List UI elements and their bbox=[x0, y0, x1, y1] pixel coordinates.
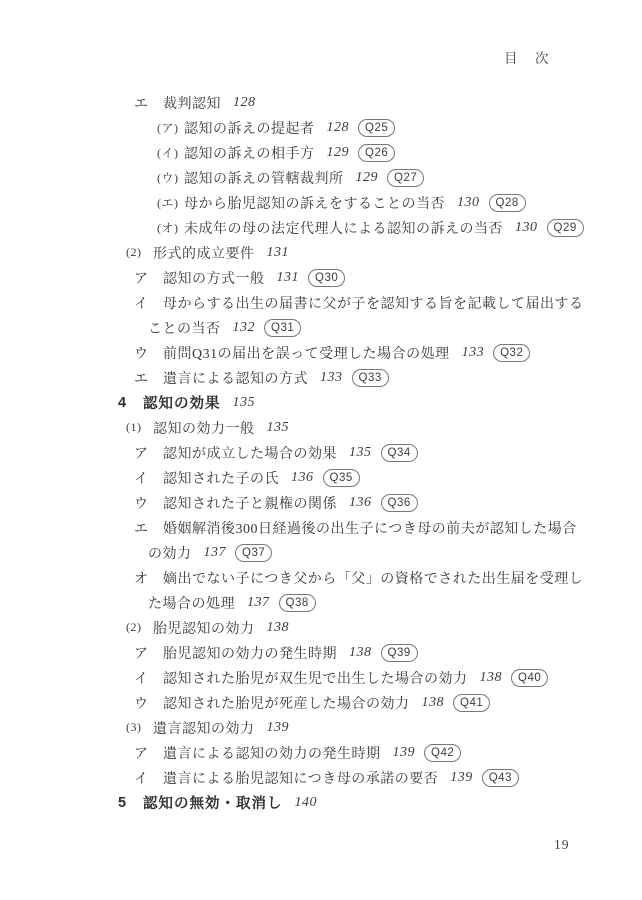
entry-title: 遺言による認知の効力の発生時期 bbox=[163, 743, 381, 763]
entry-page-number: 140 bbox=[295, 795, 318, 811]
entry-marker: 5 bbox=[118, 795, 143, 811]
toc-entry: イ遺言による胎児認知につき母の承諾の要否139Q43 bbox=[0, 765, 642, 790]
entry-page-number: 138 bbox=[480, 670, 503, 686]
entry-title: 胎児認知の効力の発生時期 bbox=[163, 643, 337, 663]
toc-entry: (2)胎児認知の効力138 bbox=[0, 615, 642, 640]
question-badge: Q42 bbox=[424, 744, 461, 762]
toc-entry: (ウ)認知の訴えの管轄裁判所129Q27 bbox=[0, 165, 642, 190]
entry-page-number: 139 bbox=[267, 720, 290, 736]
toc-entry: ウ認知された子と親権の関係136Q36 bbox=[0, 490, 642, 515]
toc-entry-continuation: た場合の処理137Q38 bbox=[0, 590, 642, 615]
entry-page-number: 128 bbox=[327, 120, 350, 136]
entry-marker: 4 bbox=[118, 395, 143, 411]
entry-marker: (ウ) bbox=[157, 169, 184, 186]
toc-entry: (ア)認知の訴えの提起者128Q25 bbox=[0, 115, 642, 140]
question-badge: Q38 bbox=[279, 594, 316, 612]
entry-marker: ウ bbox=[134, 693, 163, 713]
entry-marker: (エ) bbox=[157, 194, 184, 211]
entry-title: 認知が成立した場合の効果 bbox=[163, 443, 337, 463]
entry-page-number: 139 bbox=[450, 770, 473, 786]
entry-page-number: 130 bbox=[457, 195, 480, 211]
toc-entry: イ認知された胎児が双生児で出生した場合の効力138Q40 bbox=[0, 665, 642, 690]
toc-entry: (3)遺言認知の効力139 bbox=[0, 715, 642, 740]
book-page: 目 次 エ裁判認知128(ア)認知の訴えの提起者128Q25(イ)認知の訴えの相… bbox=[0, 0, 642, 900]
entry-marker: (3) bbox=[126, 720, 153, 735]
entry-marker: (イ) bbox=[157, 144, 184, 161]
entry-page-number: 131 bbox=[267, 245, 290, 261]
entry-title: 遺言による胎児認知につき母の承諾の要否 bbox=[163, 768, 438, 788]
question-badge: Q32 bbox=[493, 344, 530, 362]
toc-entry: オ嫡出でない子につき父から「父」の資格でされた出生届を受理し bbox=[0, 565, 642, 590]
entry-title: 遺言による認知の方式 bbox=[163, 368, 308, 388]
toc-heading: 5認知の無効・取消し140 bbox=[0, 790, 642, 815]
entry-page-number: 130 bbox=[515, 220, 538, 236]
question-badge: Q41 bbox=[453, 694, 490, 712]
entry-marker: イ bbox=[134, 768, 163, 788]
entry-marker: (オ) bbox=[157, 219, 184, 236]
entry-title: 認知された子と親権の関係 bbox=[163, 493, 337, 513]
entry-page-number: 129 bbox=[327, 145, 350, 161]
entry-marker: ウ bbox=[134, 493, 163, 513]
entry-page-number: 138 bbox=[267, 620, 290, 636]
toc-entry: (イ)認知の訴えの相手方129Q26 bbox=[0, 140, 642, 165]
toc-entry: イ母からする出生の届書に父が子を認知する旨を記載して届出する bbox=[0, 290, 642, 315]
toc-entry: (1)認知の効力一般135 bbox=[0, 415, 642, 440]
question-badge: Q29 bbox=[547, 219, 584, 237]
entry-marker: ウ bbox=[134, 343, 163, 363]
entry-title: 認知の訴えの管轄裁判所 bbox=[184, 168, 344, 188]
toc-entry: (オ)未成年の母の法定代理人による認知の訴えの当否130Q29 bbox=[0, 215, 642, 240]
entry-marker: イ bbox=[134, 293, 163, 313]
entry-marker: ア bbox=[134, 643, 163, 663]
toc-entry: ア遺言による認知の効力の発生時期139Q42 bbox=[0, 740, 642, 765]
entry-title: 形式的成立要件 bbox=[153, 243, 255, 263]
toc-entry: ア認知が成立した場合の効果135Q34 bbox=[0, 440, 642, 465]
toc-entry-continuation: の効力137Q37 bbox=[0, 540, 642, 565]
entry-marker: エ bbox=[134, 368, 163, 388]
entry-marker: エ bbox=[134, 518, 163, 538]
question-badge: Q40 bbox=[511, 669, 548, 687]
entry-title: 嫡出でない子につき父から「父」の資格でされた出生届を受理し bbox=[163, 568, 583, 588]
question-badge: Q31 bbox=[264, 319, 301, 337]
question-badge: Q33 bbox=[352, 369, 389, 387]
entry-title: 母からする出生の届書に父が子を認知する旨を記載して届出する bbox=[163, 293, 584, 313]
entry-page-number: 131 bbox=[277, 270, 300, 286]
entry-marker: オ bbox=[134, 568, 163, 588]
entry-title: ことの当否 bbox=[148, 318, 221, 338]
entry-marker: (2) bbox=[126, 620, 153, 635]
entry-page-number: 136 bbox=[349, 495, 372, 511]
entry-title: 未成年の母の法定代理人による認知の訴えの当否 bbox=[184, 218, 503, 238]
toc-entry: ウ前問Q31の届出を誤って受理した場合の処理133Q32 bbox=[0, 340, 642, 365]
entry-title: 前問Q31の届出を誤って受理した場合の処理 bbox=[163, 343, 450, 363]
entry-page-number: 138 bbox=[349, 645, 372, 661]
question-badge: Q28 bbox=[489, 194, 526, 212]
toc-entry: エ遺言による認知の方式133Q33 bbox=[0, 365, 642, 390]
toc-entry: エ婚姻解消後300日経過後の出生子につき母の前夫が認知した場合 bbox=[0, 515, 642, 540]
entry-page-number: 135 bbox=[233, 395, 256, 411]
entry-title: 認知の訴えの相手方 bbox=[184, 143, 315, 163]
entry-page-number: 135 bbox=[349, 445, 372, 461]
entry-title: 婚姻解消後300日経過後の出生子につき母の前夫が認知した場合 bbox=[163, 518, 577, 538]
entry-marker: (2) bbox=[126, 245, 153, 260]
toc-heading: 4認知の効果135 bbox=[0, 390, 642, 415]
entry-title: 裁判認知 bbox=[163, 93, 221, 113]
entry-page-number: 139 bbox=[393, 745, 416, 761]
entry-title: 母から胎児認知の訴えをすることの当否 bbox=[184, 193, 445, 213]
question-badge: Q27 bbox=[387, 169, 424, 187]
entry-page-number: 132 bbox=[233, 320, 256, 336]
entry-title: 認知された子の氏 bbox=[163, 468, 279, 488]
toc-entry: (エ)母から胎児認知の訴えをすることの当否130Q28 bbox=[0, 190, 642, 215]
entry-title: 認知された胎児が双生児で出生した場合の効力 bbox=[163, 668, 468, 688]
entry-page-number: 137 bbox=[247, 595, 270, 611]
entry-marker: ア bbox=[134, 443, 163, 463]
entry-title: 認知された胎児が死産した場合の効力 bbox=[163, 693, 410, 713]
toc-entry: ウ認知された胎児が死産した場合の効力138Q41 bbox=[0, 690, 642, 715]
entry-marker: イ bbox=[134, 668, 163, 688]
toc-entry: (2)形式的成立要件131 bbox=[0, 240, 642, 265]
folio-page-number: 19 bbox=[554, 837, 570, 853]
question-badge: Q36 bbox=[381, 494, 418, 512]
toc-list: エ裁判認知128(ア)認知の訴えの提起者128Q25(イ)認知の訴えの相手方12… bbox=[0, 90, 642, 815]
entry-marker: (ア) bbox=[157, 119, 184, 136]
entry-marker: イ bbox=[134, 468, 163, 488]
entry-title: 認知の効果 bbox=[143, 392, 221, 413]
toc-entry: ア胎児認知の効力の発生時期138Q39 bbox=[0, 640, 642, 665]
entry-marker: (1) bbox=[126, 420, 153, 435]
entry-page-number: 129 bbox=[356, 170, 379, 186]
toc-entry: エ裁判認知128 bbox=[0, 90, 642, 115]
question-badge: Q37 bbox=[235, 544, 272, 562]
question-badge: Q30 bbox=[308, 269, 345, 287]
entry-title: 遺言認知の効力 bbox=[153, 718, 255, 738]
entry-page-number: 133 bbox=[462, 345, 485, 361]
entry-title: 認知の効力一般 bbox=[153, 418, 255, 438]
entry-page-number: 137 bbox=[204, 545, 227, 561]
toc-entry: イ認知された子の氏136Q35 bbox=[0, 465, 642, 490]
entry-page-number: 133 bbox=[320, 370, 343, 386]
entry-page-number: 136 bbox=[291, 470, 314, 486]
entry-page-number: 128 bbox=[233, 95, 256, 111]
entry-title: 認知の訴えの提起者 bbox=[184, 118, 315, 138]
entry-marker: ア bbox=[134, 743, 163, 763]
toc-entry-continuation: ことの当否132Q31 bbox=[0, 315, 642, 340]
entry-title: 胎児認知の効力 bbox=[153, 618, 255, 638]
page-header-title: 目 次 bbox=[504, 47, 551, 67]
entry-title: の効力 bbox=[148, 543, 192, 563]
question-badge: Q43 bbox=[482, 769, 519, 787]
entry-marker: ア bbox=[134, 268, 163, 288]
entry-title: た場合の処理 bbox=[148, 593, 235, 613]
question-badge: Q39 bbox=[381, 644, 418, 662]
question-badge: Q25 bbox=[358, 119, 395, 137]
entry-page-number: 138 bbox=[422, 695, 445, 711]
entry-title: 認知の無効・取消し bbox=[143, 792, 283, 813]
entry-marker: エ bbox=[134, 93, 163, 113]
question-badge: Q26 bbox=[358, 144, 395, 162]
entry-page-number: 135 bbox=[267, 420, 290, 436]
question-badge: Q34 bbox=[381, 444, 418, 462]
toc-entry: ア認知の方式一般131Q30 bbox=[0, 265, 642, 290]
entry-title: 認知の方式一般 bbox=[163, 268, 265, 288]
question-badge: Q35 bbox=[323, 469, 360, 487]
